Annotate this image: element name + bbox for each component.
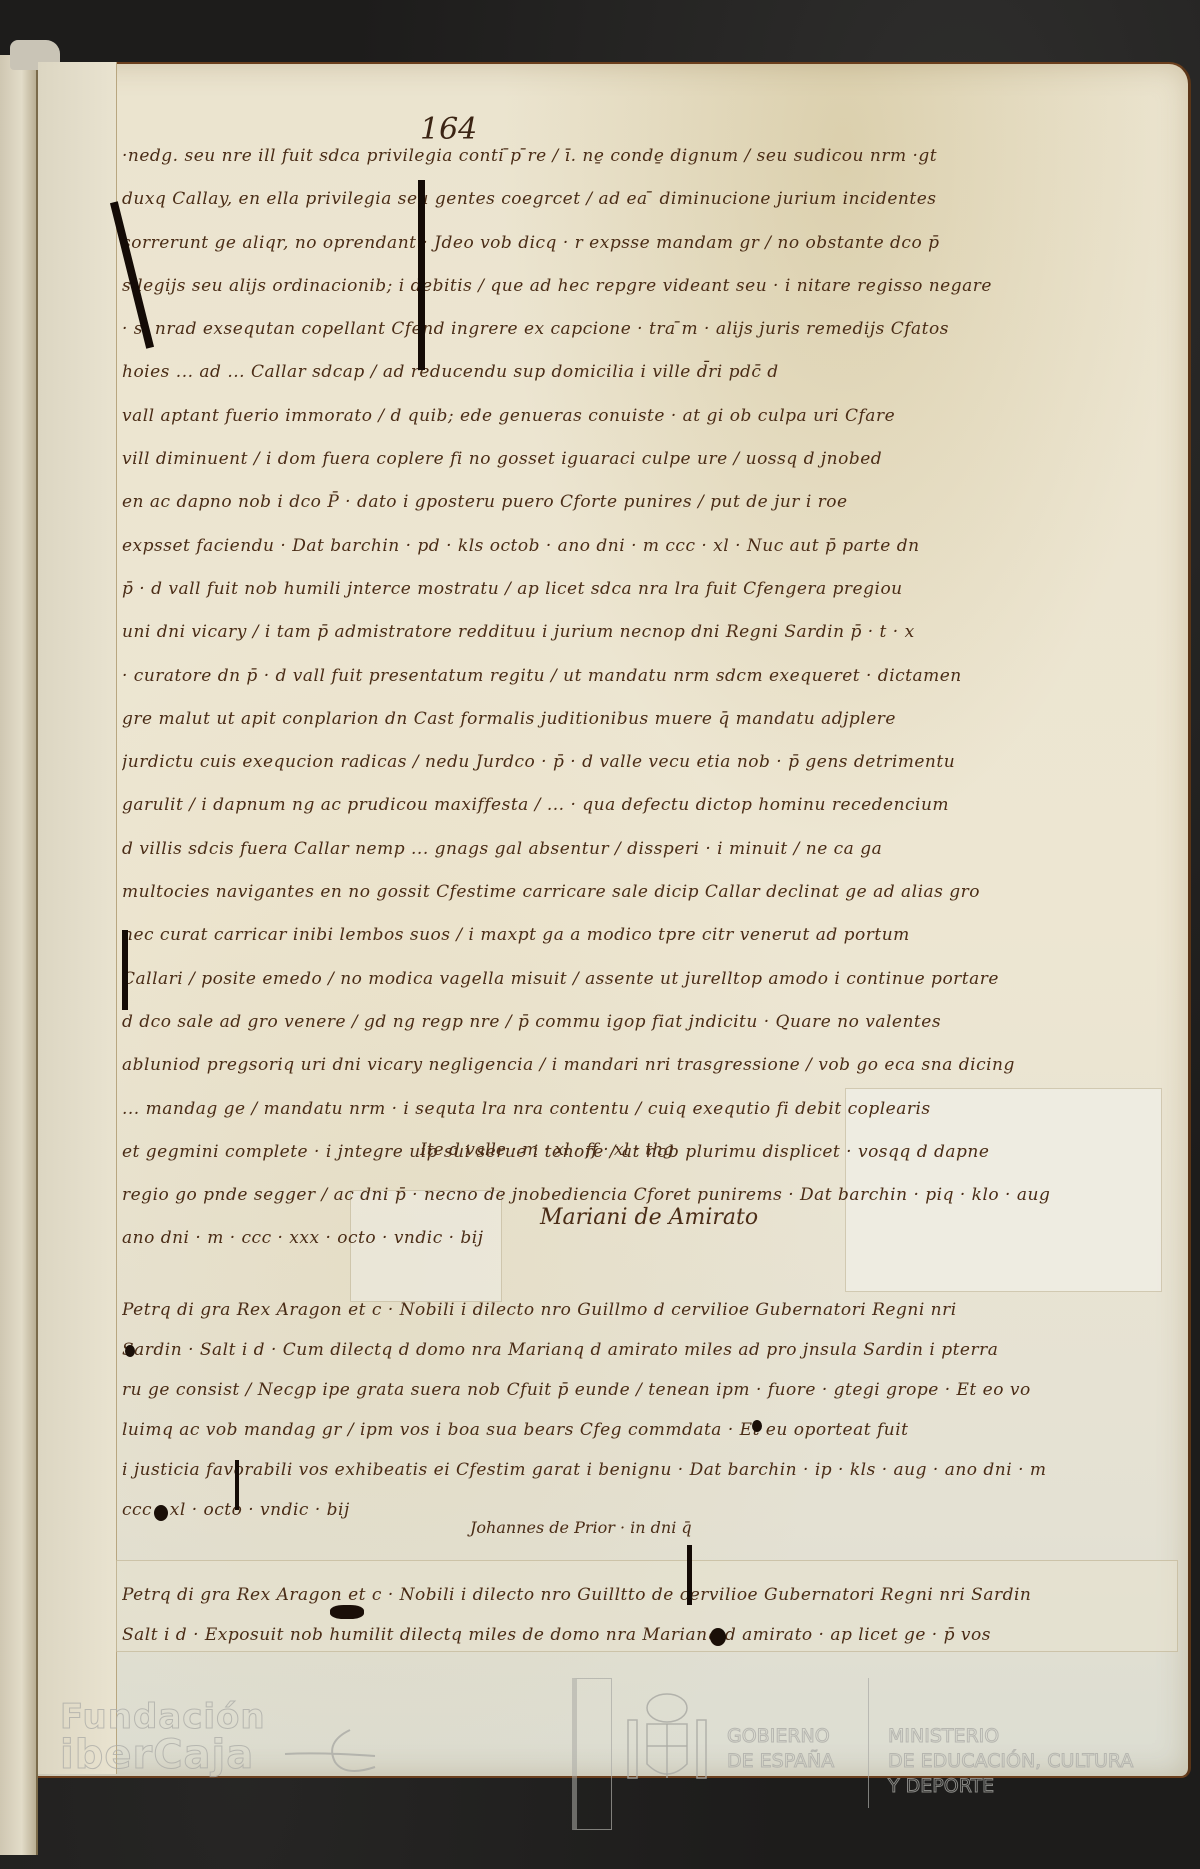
text-line: jurdictu cuis exequcion radicas / nedu J… [122, 741, 1132, 784]
text-line: abluniod pregsoriq uri dni vicary neglig… [122, 1044, 1132, 1087]
ink-stroke [235, 1460, 239, 1510]
main-letter-text: ·nedg. seu nre ill fuit sdca privilegia … [122, 135, 1132, 1261]
text-line: · si nrad exsequtan copellant Cfend ingr… [122, 308, 1132, 351]
flag-bar-icon [572, 1678, 612, 1830]
second-letter-text: Petrq di gra Rex Aragon et c · Nobili i … [122, 1290, 1132, 1530]
text-line: duxq Callay, en ella privilegia seu gent… [122, 178, 1132, 221]
watermark-divider [868, 1678, 869, 1808]
ink-blot [710, 1628, 726, 1646]
text-line: ·nedg. seu nre ill fuit sdca privilegia … [122, 135, 1132, 178]
binding-margin [38, 62, 117, 1774]
text-line: p̄ · d vall fuit nob humili jnterce most… [122, 568, 1132, 611]
text-line: Petrq di gra Rex Aragon et c · Nobili i … [122, 1290, 1132, 1330]
text-line: garulit / i dapnum ng ac prudicou maxiff… [122, 784, 1132, 827]
ministry-watermark-line3: Y DEPORTE [888, 1775, 994, 1797]
text-line: uni dni vicary / i tam p̄ admistratore r… [122, 611, 1132, 654]
gov-watermark-line1: GOBIERNO [727, 1725, 830, 1747]
ink-blot [752, 1420, 762, 1432]
text-line: gre malut ut apit conplarion dn Cast for… [122, 698, 1132, 741]
gov-watermark-line2: DE ESPAÑA [727, 1750, 834, 1772]
text-line: d dco sale ad gro venere / gd ng regp nr… [122, 1001, 1132, 1044]
text-line: Callari / posite emedo / no modica vagel… [122, 958, 1132, 1001]
ink-stroke [687, 1545, 692, 1605]
text-line: i justicia favorabili vos exhibeatis ei … [122, 1450, 1132, 1490]
text-line: vill diminuent / i dom fuera coplere fi … [122, 438, 1132, 481]
text-line: ... mandag ge / mandatu nrm · i sequta l… [122, 1088, 1132, 1131]
ibercaja-swirl-icon [280, 1722, 390, 1782]
text-line: hoies ... ad ... Callar sdcap / ad reduc… [122, 351, 1132, 394]
text-line: vall aptant fuerio immorato / d quib; ed… [122, 395, 1132, 438]
spain-coat-of-arms-icon [622, 1690, 712, 1790]
text-line: d villis sdcis fuera Callar nemp ... gna… [122, 828, 1132, 871]
text-line: Salt i d · Exposuit nob humilit dilectq … [122, 1615, 1132, 1655]
text-line: Petrq di gra Rex Aragon et c · Nobili i … [122, 1575, 1132, 1615]
adjacent-page-edge [0, 55, 38, 1855]
ink-blot [154, 1505, 168, 1521]
registry-note: Ite d valle · m · xl · ff · xl · thg [420, 1140, 674, 1160]
ink-stroke [418, 180, 425, 370]
ink-stroke [122, 930, 128, 1010]
signature: Mariani de Amirato [540, 1205, 758, 1230]
text-line: multocies navigantes en no gossit Cfesti… [122, 871, 1132, 914]
third-letter-text: Petrq di gra Rex Aragon et c · Nobili i … [122, 1575, 1132, 1655]
text-line: luimq ac vob mandag gr / ipm vos i boa s… [122, 1410, 1132, 1450]
text-line: en ac dapno nob i dco P̄ · dato i gposte… [122, 481, 1132, 524]
text-line: sorrerunt ge aliqr, no oprendant · Jdeo … [122, 222, 1132, 265]
ibercaja-watermark-line2: iberCaja [60, 1732, 254, 1778]
text-line: nec curat carricar inibi lembos suos / i… [122, 914, 1132, 957]
ministry-watermark-line2: DE EDUCACIÓN, CULTURA [888, 1750, 1133, 1772]
text-line: silegijs seu alijs ordinacionib; i debit… [122, 265, 1132, 308]
ink-blot [330, 1605, 364, 1619]
text-line: · curatore dn p̄ · d vall fuit presentat… [122, 655, 1132, 698]
ministry-watermark-line1: MINISTERIO [888, 1725, 999, 1747]
scribe-note: Johannes de Prior · in dni q̄ [470, 1518, 692, 1537]
ink-blot [125, 1345, 135, 1357]
text-line: ru ge consist / Necgp ipe grata suera no… [122, 1370, 1132, 1410]
text-line: Sardin · Salt i d · Cum dilectq d domo n… [122, 1330, 1132, 1370]
ibercaja-watermark-line1: Fundación [60, 1697, 266, 1737]
text-line: expsset faciendu · Dat barchin · pd · kl… [122, 525, 1132, 568]
